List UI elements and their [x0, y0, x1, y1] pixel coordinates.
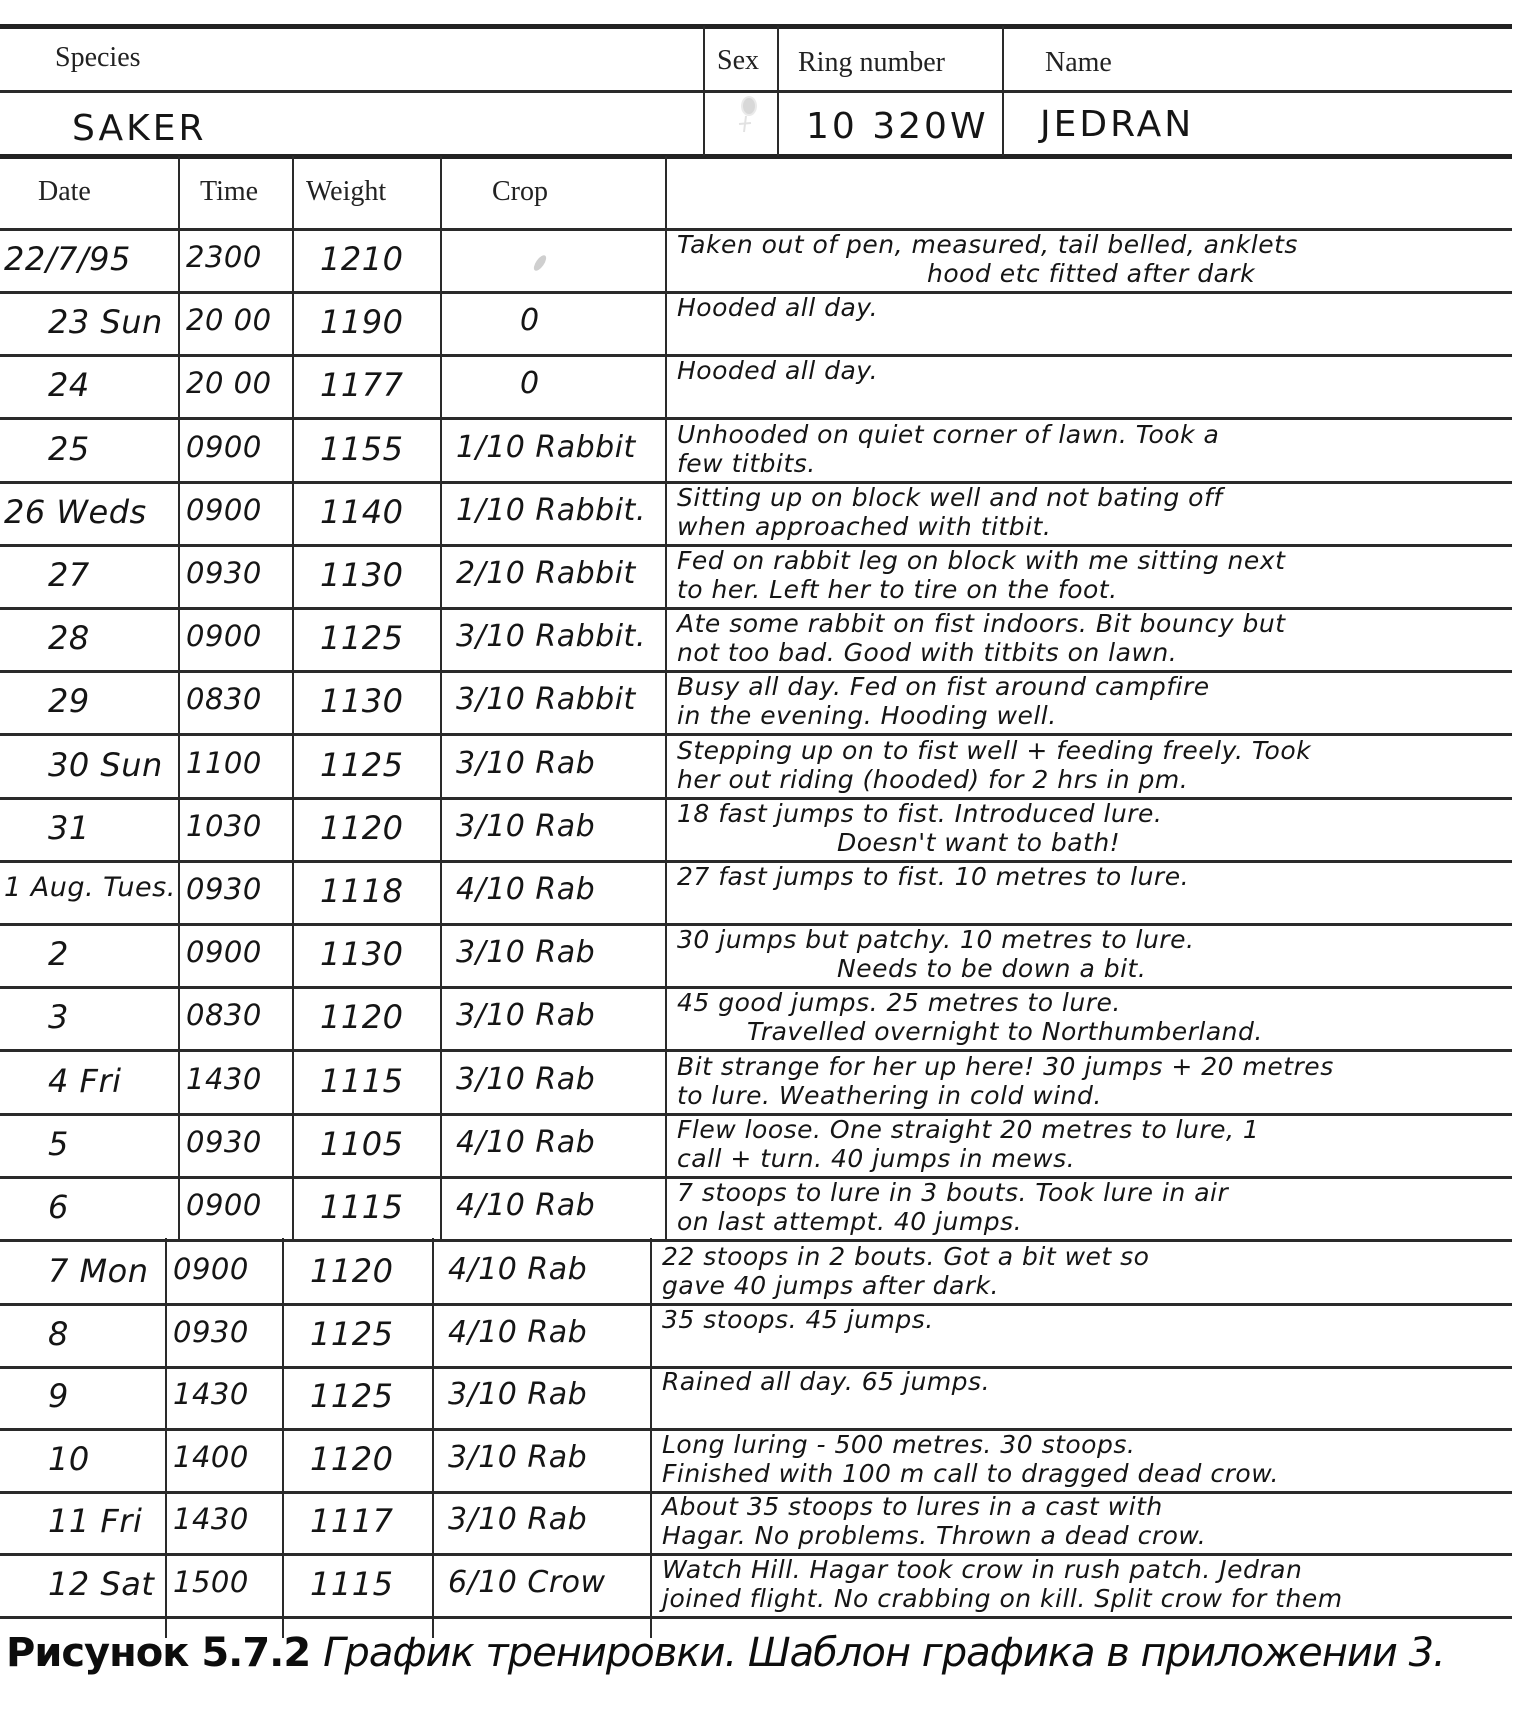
row-notes-line-1: 22 stoops in 2 bouts. Got a bit wet so [662, 1242, 1149, 1271]
row-notes-line-2: in the evening. Hooding well. [677, 701, 1210, 730]
row-crop: 4/10 Rab [456, 1125, 595, 1160]
row-notes-line-1: 7 stoops to lure in 3 bouts. Took lure i… [677, 1178, 1228, 1207]
row-time: 0830 [186, 998, 262, 1032]
column-header-crop: Crop [492, 176, 548, 208]
upper-column-divider [292, 156, 294, 1239]
row-notes-line-1: 27 fast jumps to fist. 10 metres to lure… [677, 862, 1189, 891]
row-time: 0900 [186, 619, 262, 653]
row-date: 3 [48, 998, 69, 1036]
row-notes-line-2: when approached with titbit. [677, 512, 1223, 541]
column-header-weight: Weight [306, 176, 386, 208]
row-crop: 4/10 Rab [456, 872, 595, 907]
row-weight: 1120 [320, 809, 403, 847]
lower-column-divider [432, 1238, 434, 1638]
row-crop: 3/10 Rab [448, 1502, 587, 1537]
row-notes: Long luring - 500 metres. 30 stoops. Fin… [662, 1430, 1279, 1488]
row-weight: 1105 [320, 1125, 403, 1163]
row-date: 23 Sun [48, 303, 163, 341]
row-date: 5 [48, 1125, 69, 1163]
row-crop: 2/10 Rabbit [456, 556, 636, 591]
row-weight: 1190 [320, 303, 403, 341]
row-notes-line-2: Doesn't want to bath! [677, 828, 1162, 857]
row-weight: 1125 [310, 1377, 393, 1415]
row-notes-line-1: 30 jumps but patchy. 10 metres to lure. [677, 925, 1194, 954]
row-notes: Hooded all day. [677, 356, 878, 385]
row-weight: 1115 [310, 1565, 393, 1603]
row-notes: Hooded all day. [677, 293, 878, 322]
row-weight: 1130 [320, 556, 403, 594]
ring-number-value: 10 320W [806, 106, 989, 147]
row-time: 1500 [173, 1565, 249, 1599]
row-notes-line-1: Rained all day. 65 jumps. [662, 1367, 990, 1396]
row-notes-line-2: few titbits. [677, 449, 1219, 478]
row-date: 6 [48, 1188, 69, 1226]
header-divider-sex [703, 26, 705, 156]
row-notes-line-2: gave 40 jumps after dark. [662, 1271, 1149, 1300]
row-time: 0930 [173, 1315, 249, 1349]
row-notes: 35 stoops. 45 jumps. [662, 1305, 934, 1334]
row-date: 10 [48, 1440, 90, 1478]
row-notes-line-1: Taken out of pen, measured, tail belled,… [677, 230, 1298, 259]
row-notes-line-2: hood etc fitted after dark [677, 259, 1298, 288]
row-date: 12 Sat [48, 1565, 154, 1603]
row-date: 24 [48, 366, 90, 404]
row-notes-line-1: Unhooded on quiet corner of lawn. Took a [677, 420, 1219, 449]
lower-column-divider [165, 1238, 167, 1638]
row-weight: 1120 [310, 1252, 393, 1290]
row-notes-line-1: Hooded all day. [677, 356, 878, 385]
row-crop: 1/10 Rabbit. [456, 493, 646, 528]
header-divider-name [1002, 26, 1004, 156]
header-divider-ring [777, 26, 779, 156]
row-notes-line-1: Long luring - 500 metres. 30 stoops. [662, 1430, 1135, 1459]
row-time: 1100 [186, 746, 262, 780]
row-notes-line-1: Busy all day. Fed on fist around campfir… [677, 672, 1210, 701]
row-weight: 1118 [320, 872, 403, 910]
row-weight: 1155 [320, 430, 403, 468]
row-notes: Stepping up on to fist well + feeding fr… [677, 736, 1311, 794]
row-notes-line-1: Stepping up on to fist well + feeding fr… [677, 736, 1311, 765]
row-date: 9 [48, 1377, 69, 1415]
row-rule [0, 1616, 1512, 1619]
row-crop: 3/10 Rab [456, 809, 595, 844]
row-weight: 1210 [320, 240, 403, 278]
row-notes-line-1: Sitting up on block well and not bating … [677, 483, 1223, 512]
row-date: 31 [48, 809, 90, 847]
row-weight: 1115 [320, 1062, 403, 1100]
row-notes: 22 stoops in 2 bouts. Got a bit wet so g… [662, 1242, 1149, 1300]
caption-text: График тренировки. Шаблон графика в прил… [323, 1630, 1445, 1676]
row-weight: 1120 [310, 1440, 393, 1478]
row-weight: 1130 [320, 682, 403, 720]
row-time: 1400 [173, 1440, 249, 1474]
row-notes: Bit strange for her up here! 30 jumps + … [677, 1052, 1334, 1110]
row-notes-line-1: 35 stoops. 45 jumps. [662, 1305, 934, 1334]
row-crop: 3/10 Rab [456, 1062, 595, 1097]
row-time: 0900 [186, 1188, 262, 1222]
row-crop: 4/10 Rab [448, 1252, 587, 1287]
row-time: 1030 [186, 809, 262, 843]
row-date: 28 [48, 619, 90, 657]
row-date: 8 [48, 1315, 69, 1353]
header-bottom-rule [0, 154, 1512, 159]
header-mid-rule [0, 90, 1512, 93]
row-notes-line-1: Bit strange for her up here! 30 jumps + … [677, 1052, 1334, 1081]
row-notes: Unhooded on quiet corner of lawn. Took a… [677, 420, 1219, 478]
row-crop: 0 [520, 303, 540, 338]
row-time: 0900 [186, 493, 262, 527]
row-date: 1 Aug. Tues. [4, 872, 176, 903]
species-label: Species [55, 42, 141, 74]
row-notes: 18 fast jumps to fist. Introduced lure. … [677, 799, 1162, 857]
female-symbol-icon [737, 96, 759, 136]
row-notes-line-1: 18 fast jumps to fist. Introduced lure. [677, 799, 1162, 828]
row-time: 2300 [186, 240, 262, 274]
row-notes: Flew loose. One straight 20 metres to lu… [677, 1115, 1259, 1173]
row-notes: Watch Hill. Hagar took crow in rush patc… [662, 1555, 1343, 1613]
row-notes: 7 stoops to lure in 3 bouts. Took lure i… [677, 1178, 1228, 1236]
upper-column-divider [665, 156, 667, 1239]
row-notes: 30 jumps but patchy. 10 metres to lure. … [677, 925, 1194, 983]
column-header-date: Date [38, 176, 91, 208]
row-time: 0900 [186, 430, 262, 464]
row-crop: 3/10 Rab [448, 1440, 587, 1475]
row-notes-line-1: Hooded all day. [677, 293, 878, 322]
row-time: 20 00 [186, 303, 272, 337]
row-time: 0930 [186, 1125, 262, 1159]
lower-column-divider [650, 1238, 652, 1638]
figure-caption: Рисунок 5.7.2 График тренировки. Шаблон … [6, 1630, 1445, 1676]
row-time: 0830 [186, 682, 262, 716]
row-notes: Taken out of pen, measured, tail belled,… [677, 230, 1298, 288]
lower-column-divider [282, 1238, 284, 1638]
row-notes: Sitting up on block well and not bating … [677, 483, 1223, 541]
row-date: 2 [48, 935, 69, 973]
row-time: 1430 [173, 1377, 249, 1411]
row-time: 1430 [186, 1062, 262, 1096]
row-crop: 3/10 Rab [456, 935, 595, 970]
row-notes: Busy all day. Fed on fist around campfir… [677, 672, 1210, 730]
row-weight: 1140 [320, 493, 403, 531]
row-weight: 1120 [320, 998, 403, 1036]
row-date: 7 Mon [48, 1252, 149, 1290]
row-weight: 1115 [320, 1188, 403, 1226]
row-crop: 3/10 Rabbit. [456, 619, 646, 654]
row-time: 0930 [186, 872, 262, 906]
row-crop: 1/10 Rabbit [456, 430, 636, 465]
row-time: 0900 [173, 1252, 249, 1286]
row-time: 0930 [186, 556, 262, 590]
row-notes: 45 good jumps. 25 metres to lure. Travel… [677, 988, 1263, 1046]
row-notes: About 35 stoops to lures in a cast with … [662, 1492, 1206, 1550]
row-date: 29 [48, 682, 90, 720]
row-notes-line-1: Ate some rabbit on fist indoors. Bit bou… [677, 609, 1286, 638]
species-value: SAKER [72, 108, 207, 149]
upper-column-divider [178, 156, 180, 1239]
column-header-time: Time [200, 176, 258, 208]
row-time: 0900 [186, 935, 262, 969]
row-date: 4 Fri [48, 1062, 121, 1100]
row-notes-line-1: Fed on rabbit leg on block with me sitti… [677, 546, 1285, 575]
name-label: Name [1045, 47, 1112, 79]
row-crop: 4/10 Rab [456, 1188, 595, 1223]
sex-label: Sex [717, 45, 759, 77]
row-time: 20 00 [186, 366, 272, 400]
row-notes: Ate some rabbit on fist indoors. Bit bou… [677, 609, 1286, 667]
row-weight: 1117 [310, 1502, 393, 1540]
row-notes-line-2: not too bad. Good with titbits on lawn. [677, 638, 1286, 667]
row-weight: 1125 [320, 746, 403, 784]
header-top-rule [0, 24, 1512, 29]
row-crop: 0 [520, 366, 540, 401]
row-crop: 3/10 Rab [456, 746, 595, 781]
training-log-page: Species Sex Ring number Name SAKER 10 32… [0, 0, 1535, 1731]
row-notes: 27 fast jumps to fist. 10 metres to lure… [677, 862, 1189, 891]
caption-label: Рисунок 5.7.2 [6, 1630, 323, 1676]
row-notes-line-2: Needs to be down a bit. [677, 954, 1194, 983]
row-notes-line-1: Flew loose. One straight 20 metres to lu… [677, 1115, 1259, 1144]
row-notes-line-1: About 35 stoops to lures in a cast with [662, 1492, 1163, 1521]
row-crop: 6/10 Crow [448, 1565, 606, 1600]
row-date: 26 Weds [4, 493, 147, 531]
smudge-mark-icon [530, 248, 550, 278]
row-notes-line-2: Travelled overnight to Northumberland. [677, 1017, 1263, 1046]
row-notes: Fed on rabbit leg on block with me sitti… [677, 546, 1285, 604]
upper-column-divider [440, 156, 442, 1239]
row-weight: 1125 [310, 1315, 393, 1353]
row-crop: 3/10 Rabbit [456, 682, 636, 717]
row-notes-line-2: on last attempt. 40 jumps. [677, 1207, 1228, 1236]
row-date: 27 [48, 556, 90, 594]
bird-name-value: JEDRAN [1040, 104, 1194, 145]
row-notes-line-2: call + turn. 40 jumps in mews. [677, 1144, 1259, 1173]
row-date: 11 Fri [48, 1502, 142, 1540]
row-notes-line-2: to her. Left her to tire on the foot. [677, 575, 1285, 604]
row-notes-line-2: her out riding (hooded) for 2 hrs in pm. [677, 765, 1311, 794]
row-notes-line-2: Finished with 100 m call to dragged dead… [662, 1459, 1279, 1488]
row-time: 1430 [173, 1502, 249, 1536]
row-date: 22/7/95 [4, 240, 131, 278]
row-notes-line-2: Hagar. No problems. Thrown a dead crow. [662, 1521, 1206, 1550]
row-notes: Rained all day. 65 jumps. [662, 1367, 990, 1396]
ring-number-label: Ring number [798, 47, 945, 79]
row-crop: 3/10 Rab [448, 1377, 587, 1412]
row-weight: 1125 [320, 619, 403, 657]
row-date: 30 Sun [48, 746, 163, 784]
row-notes-line-2: joined flight. No crabbing on kill. Spli… [662, 1584, 1343, 1613]
row-weight: 1177 [320, 366, 403, 404]
row-crop: 3/10 Rab [456, 998, 595, 1033]
row-crop: 4/10 Rab [448, 1315, 587, 1350]
row-notes-line-2: to lure. Weathering in cold wind. [677, 1081, 1334, 1110]
row-notes-line-1: 45 good jumps. 25 metres to lure. [677, 988, 1121, 1017]
row-weight: 1130 [320, 935, 403, 973]
row-notes-line-1: Watch Hill. Hagar took crow in rush patc… [662, 1555, 1302, 1584]
row-date: 25 [48, 430, 90, 468]
